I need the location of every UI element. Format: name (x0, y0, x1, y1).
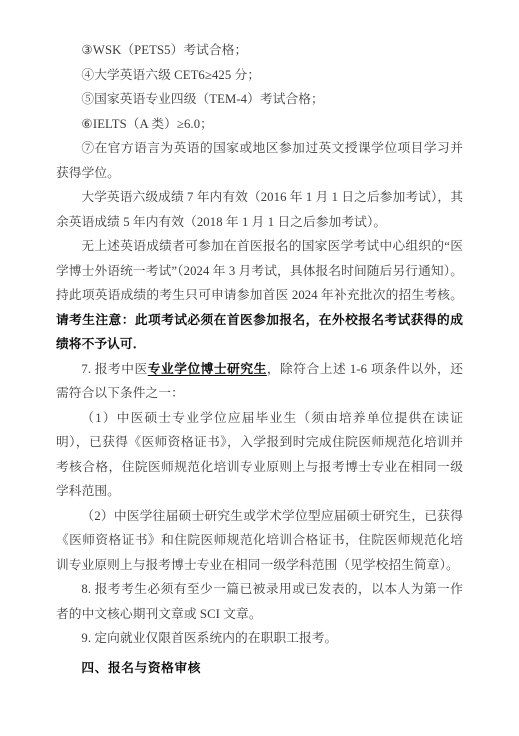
paragraph-item-9: 9. 定向就业仅限首医系统内的在职职工报考。 (56, 626, 463, 651)
paragraph-english-option-5: ⑤国家英语专业四级（TEM-4）考试合格； (56, 87, 463, 112)
text-run: （1）中医硕士专业学位应届毕业生（须由培养单位提供在读证明），已获得《医师资格证… (56, 411, 463, 499)
section-heading: 四、报名与资格审核 (56, 656, 463, 681)
paragraph-item-7: 7. 报考中医专业学位博士研究生，除符合上述 1-6 项条件以外，还需符合以下条… (56, 357, 463, 406)
text-run: （2）中医学往届硕士研究生或学术学位型应届硕士研究生，已获得《医师资格证书》和住… (56, 509, 463, 572)
paragraph-validity-note: 大学英语六级成绩 7 年内有效（2016 年 1 月 1 日之后参加考试），其余… (56, 185, 463, 234)
text-run: ⑦在官方语言为英语的国家或地区参加过英文授课学位项目学习并获得学位。 (56, 141, 463, 180)
text-run: 无上述英语成绩者可参加在首医报名的国家医学考试中心组织的“医学博士外语统一考试”… (56, 239, 463, 302)
paragraph-unified-exam-note: 无上述英语成绩者可参加在首医报名的国家医学考试中心组织的“医学博士外语统一考试”… (56, 234, 463, 357)
text-run: 大学英语六级成绩 7 年内有效（2016 年 1 月 1 日之后参加考试），其余… (56, 190, 463, 229)
paragraph-item-7-condition-2: （2）中医学往届硕士研究生或学术学位型应届硕士研究生，已获得《医师资格证书》和住… (56, 504, 463, 578)
text-run: ⑤国家英语专业四级（TEM-4）考试合格； (81, 92, 323, 106)
text-run: ④大学英语六级 CET6≥425 分； (81, 68, 260, 82)
text-run: 专业学位博士研究生 (148, 362, 267, 376)
text-run: 7. 报考中医 (81, 362, 147, 376)
paragraph-item-7-condition-1: （1）中医硕士专业学位应届毕业生（须由培养单位提供在读证明），已获得《医师资格证… (56, 406, 463, 504)
text-run: 请考生注意：此项考试必须在首医参加报名，在外校报名考试获得的成绩将不予认可． (56, 313, 463, 352)
paragraph-english-option-6: ⑥IELTS（A 类）≥6.0； (56, 112, 463, 137)
text-run: 9. 定向就业仅限首医系统内的在职职工报考。 (81, 631, 337, 645)
paragraph-item-8: 8. 报考考生必须有至少一篇已被录用或已发表的，以本人为第一作者的中文核心期刊文… (56, 577, 463, 626)
document-page: ③WSK（PETS5）考试合格；④大学英语六级 CET6≥425 分；⑤国家英语… (0, 0, 519, 736)
paragraph-english-option-4: ④大学英语六级 CET6≥425 分； (56, 63, 463, 88)
text-run: ⑥IELTS（A 类）≥6.0； (81, 117, 213, 131)
document-body: ③WSK（PETS5）考试合格；④大学英语六级 CET6≥425 分；⑤国家英语… (56, 38, 463, 680)
text-run: ③WSK（PETS5）考试合格； (81, 43, 247, 57)
paragraph-english-option-3: ③WSK（PETS5）考试合格； (56, 38, 463, 63)
text-run: 四、报名与资格审核 (81, 661, 201, 675)
text-run: 8. 报考考生必须有至少一篇已被录用或已发表的，以本人为第一作者的中文核心期刊文… (56, 582, 463, 621)
paragraph-english-option-7: ⑦在官方语言为英语的国家或地区参加过英文授课学位项目学习并获得学位。 (56, 136, 463, 185)
